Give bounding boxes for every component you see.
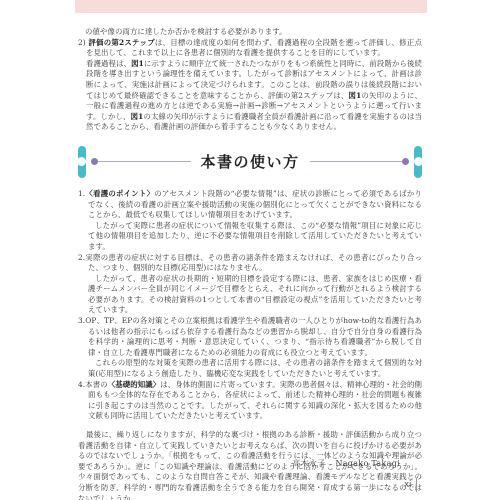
page-body: の値や像の両方に達したか否かを検討する必要があります。 2) 評価の第2ステップ… <box>78 27 422 500</box>
usage-list: 1.〈看護のポイント〉のアセスメント段階の“必要な情報”は、症状の診断にとって必… <box>78 189 422 422</box>
author-signature: 高木永子Nagako Takagi <box>78 458 400 469</box>
bold-term: 〈基礎的知識〉 <box>108 380 160 389</box>
author-name-en: Nagako Takagi <box>335 459 400 468</box>
figure-ref: 図1 <box>349 91 362 100</box>
list-item-4: 4.本書の〈基礎的知識〉は、身体的側面に片寄っています。実際の患者個々は、精神心… <box>78 380 422 422</box>
list-item-1: 1.〈看護のポイント〉のアセスメント段階の“必要な情報”は、症状の診断にとって必… <box>78 189 422 253</box>
top-accent-bar <box>75 0 427 13</box>
intro-step2-paragraph: 2) 評価の第2ステップは、目標の達成度の如何を問わず、看護過程の全段階を遡って… <box>78 38 422 59</box>
notch-icon <box>414 157 423 166</box>
list-item-2: 2.実際の患者の症状に対する目標は、その患者の諸条件を踏まえなければ、その患者に… <box>78 253 422 317</box>
bold-term: 評価の第2ステップ <box>88 38 154 47</box>
bold-term: 〈看護のポイント〉 <box>85 189 154 198</box>
heading-accent-bar-right-icon <box>414 146 422 178</box>
list-item-3: 3.OP、TP、EPの各対策とその立案根拠は看護学生や看護職者の一人ひとりがho… <box>78 316 422 380</box>
author-name-ja: 高木永子 <box>292 459 325 468</box>
notch-icon <box>77 157 86 166</box>
heading-rule-right <box>310 161 403 162</box>
figure-ref: 図1 <box>131 112 144 121</box>
list-number: 2) <box>78 38 88 47</box>
page-title: 本書の使い方 <box>201 157 300 168</box>
intro-section: の値や像の両方に達したか否かを検討する必要があります。 2) 評価の第2ステップ… <box>78 27 422 133</box>
heading-accent-dot-right-icon <box>402 158 409 165</box>
heading-rule-left <box>98 161 191 162</box>
figure-ref: 図1 <box>131 59 144 68</box>
section-heading: 本書の使い方 <box>78 145 422 179</box>
page-number: xi <box>404 478 417 492</box>
heading-accent-dot-left-icon <box>91 158 98 165</box>
intro-process-paragraph: 看護過程は、図1に示すように順序立て統一されたつながりをもつ系統性と同時に、前段… <box>78 59 422 133</box>
intro-line: の値や像の両方に達したか否かを検討する必要があります。 <box>78 27 422 38</box>
heading-accent-bar-left-icon <box>78 146 86 178</box>
